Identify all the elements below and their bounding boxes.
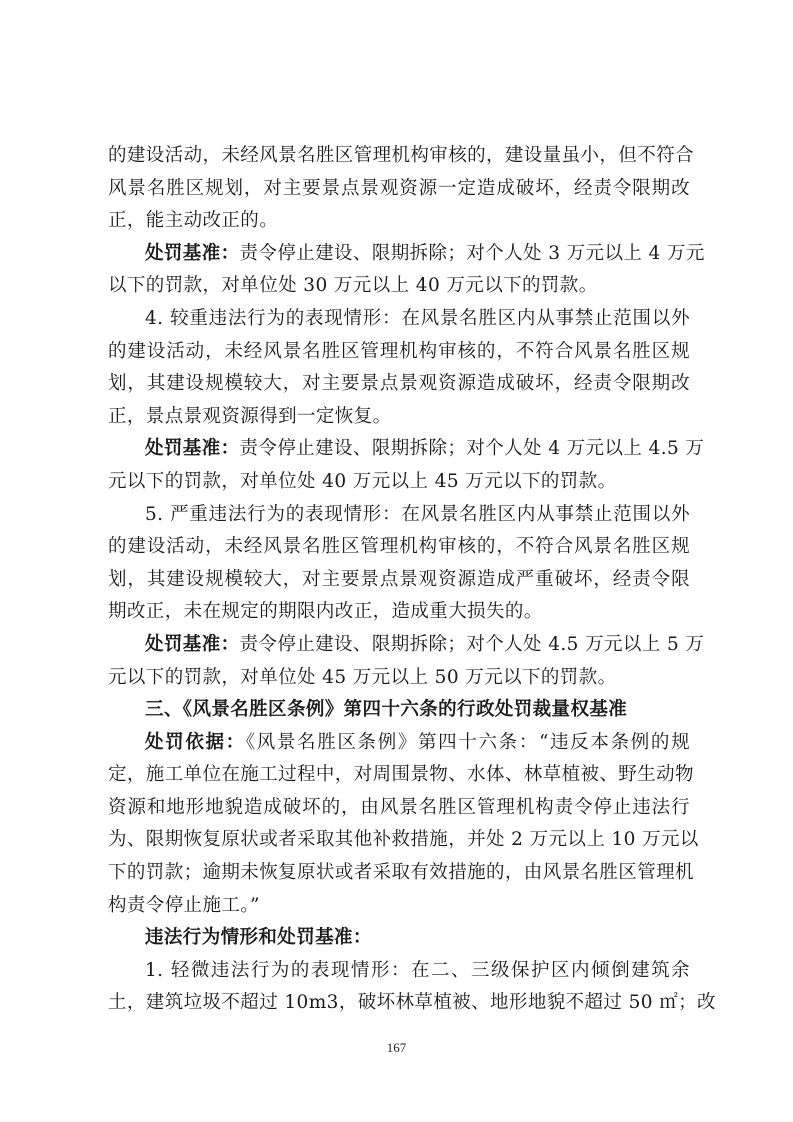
text-line: 正，能主动改正的。 [108,205,690,238]
text-line: 的建设活动，未经风景名胜区管理机构审核的，不符合风景名胜区规 [108,531,690,564]
text-line: 划，其建设规模较大，对主要景点景观资源造成破坏，经责令限期改 [108,368,690,401]
bold-label: 处罚依据： [145,732,246,753]
page-number: 167 [0,1040,793,1056]
text-line: 为、限期恢复原状或者采取其他补救措施，并处 2 万元以上 10 万元以 [108,824,690,857]
list-item-1: 1. 轻微违法行为的表现情形：在二、三级保护区内倾倒建筑余 [108,955,690,988]
list-item-4: 4. 较重违法行为的表现情形：在风景名胜区内从事禁止范围以外 [108,303,690,336]
document-body: 的建设活动，未经风景名胜区管理机构审核的，建设量虽小，但不符合 风景名胜区规划，… [108,140,690,1020]
text-line: 以下的罚款，对单位处 30 万元以上 40 万元以下的罚款。 [108,270,690,303]
text-line: 资源和地形地貌造成破坏的，由风景名胜区管理机构责令停止违法行 [108,792,690,825]
text-line: 的建设活动，未经风景名胜区管理机构审核的，不符合风景名胜区规 [108,336,690,369]
text-line: 期改正，未在规定的期限内改正，造成重大损失的。 [108,596,690,629]
list-item-5: 5. 严重违法行为的表现情形：在风景名胜区内从事禁止范围以外 [108,499,690,532]
text-line: 风景名胜区规划，对主要景点景观资源一定造成破坏，经责令限期改 [108,173,690,206]
text-line: 构责令停止施工。” [108,890,690,923]
text-line: 元以下的罚款，对单位处 45 万元以上 50 万元以下的罚款。 [108,662,690,695]
bold-label: 处罚基准： [145,634,240,655]
text-line: 土，建筑垃圾不超过 10m3，破坏林草植被、地形地貌不超过 50 ㎡；改 [108,987,690,1020]
text-line: 下的罚款；逾期未恢复原状或者采取有效措施的，由风景名胜区管理机 [108,857,690,890]
text-line: 的建设活动，未经风景名胜区管理机构审核的，建设量虽小，但不符合 [108,140,690,173]
text-line: 正，景点景观资源得到一定恢复。 [108,401,690,434]
penalty-standard-line: 处罚基准：责令停止建设、限期拆除；对个人处 4.5 万元以上 5 万 [108,629,690,662]
text-line: 元以下的罚款，对单位处 40 万元以上 45 万元以下的罚款。 [108,466,690,499]
penalty-standard-line: 处罚基准：责令停止建设、限期拆除；对个人处 3 万元以上 4 万元 [108,238,690,271]
penalty-basis-line: 处罚依据：《风景名胜区条例》第四十六条：“违反本条例的规 [108,727,690,760]
subsection-heading: 违法行为情形和处罚基准： [108,922,690,955]
bold-label: 处罚基准： [145,438,240,459]
penalty-standard-line: 处罚基准：责令停止建设、限期拆除；对个人处 4 万元以上 4.5 万 [108,433,690,466]
section-heading: 三、《风景名胜区条例》第四十六条的行政处罚裁量权基准 [108,694,690,727]
text-line: 划，其建设规模较大，对主要景点景观资源造成严重破坏，经责令限 [108,564,690,597]
text-line: 定，施工单位在施工过程中，对周围景物、水体、林草植被、野生动物 [108,759,690,792]
bold-label: 处罚基准： [145,243,240,264]
